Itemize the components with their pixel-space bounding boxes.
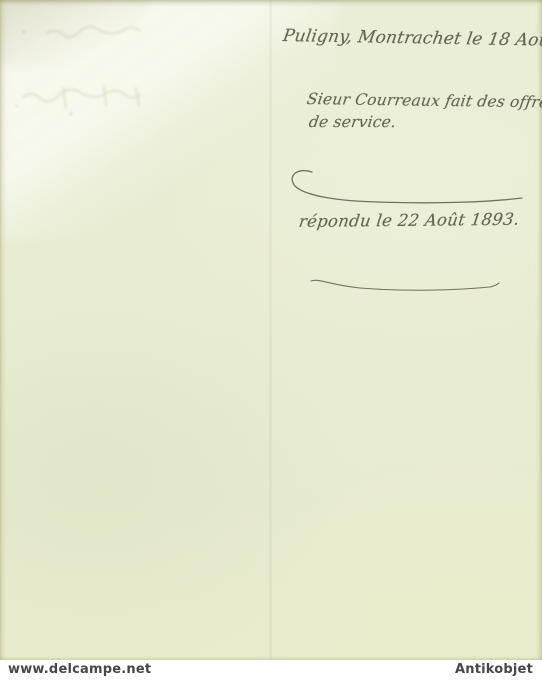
handwriting-note-line-2: de service. — [308, 113, 398, 131]
center-fold-crease — [269, 0, 273, 660]
watermark-left: www.delcampe.net — [8, 662, 151, 677]
handwriting-note-line-1: Sieur Courreaux fait des offres — [306, 90, 542, 111]
corner-fold-shadow — [0, 0, 150, 66]
watermark-bar: www.delcampe.net Antikobjet — [0, 660, 542, 680]
handwriting-reply-line: répondu le 22 Août 1893. — [298, 210, 521, 231]
paper-background: Puligny, Montrachet le 18 Août 1893 Sieu… — [0, 0, 542, 660]
scanned-letter-page: Puligny, Montrachet le 18 Août 1893 Sieu… — [0, 0, 542, 680]
watermark-right: Antikobjet — [455, 662, 533, 677]
